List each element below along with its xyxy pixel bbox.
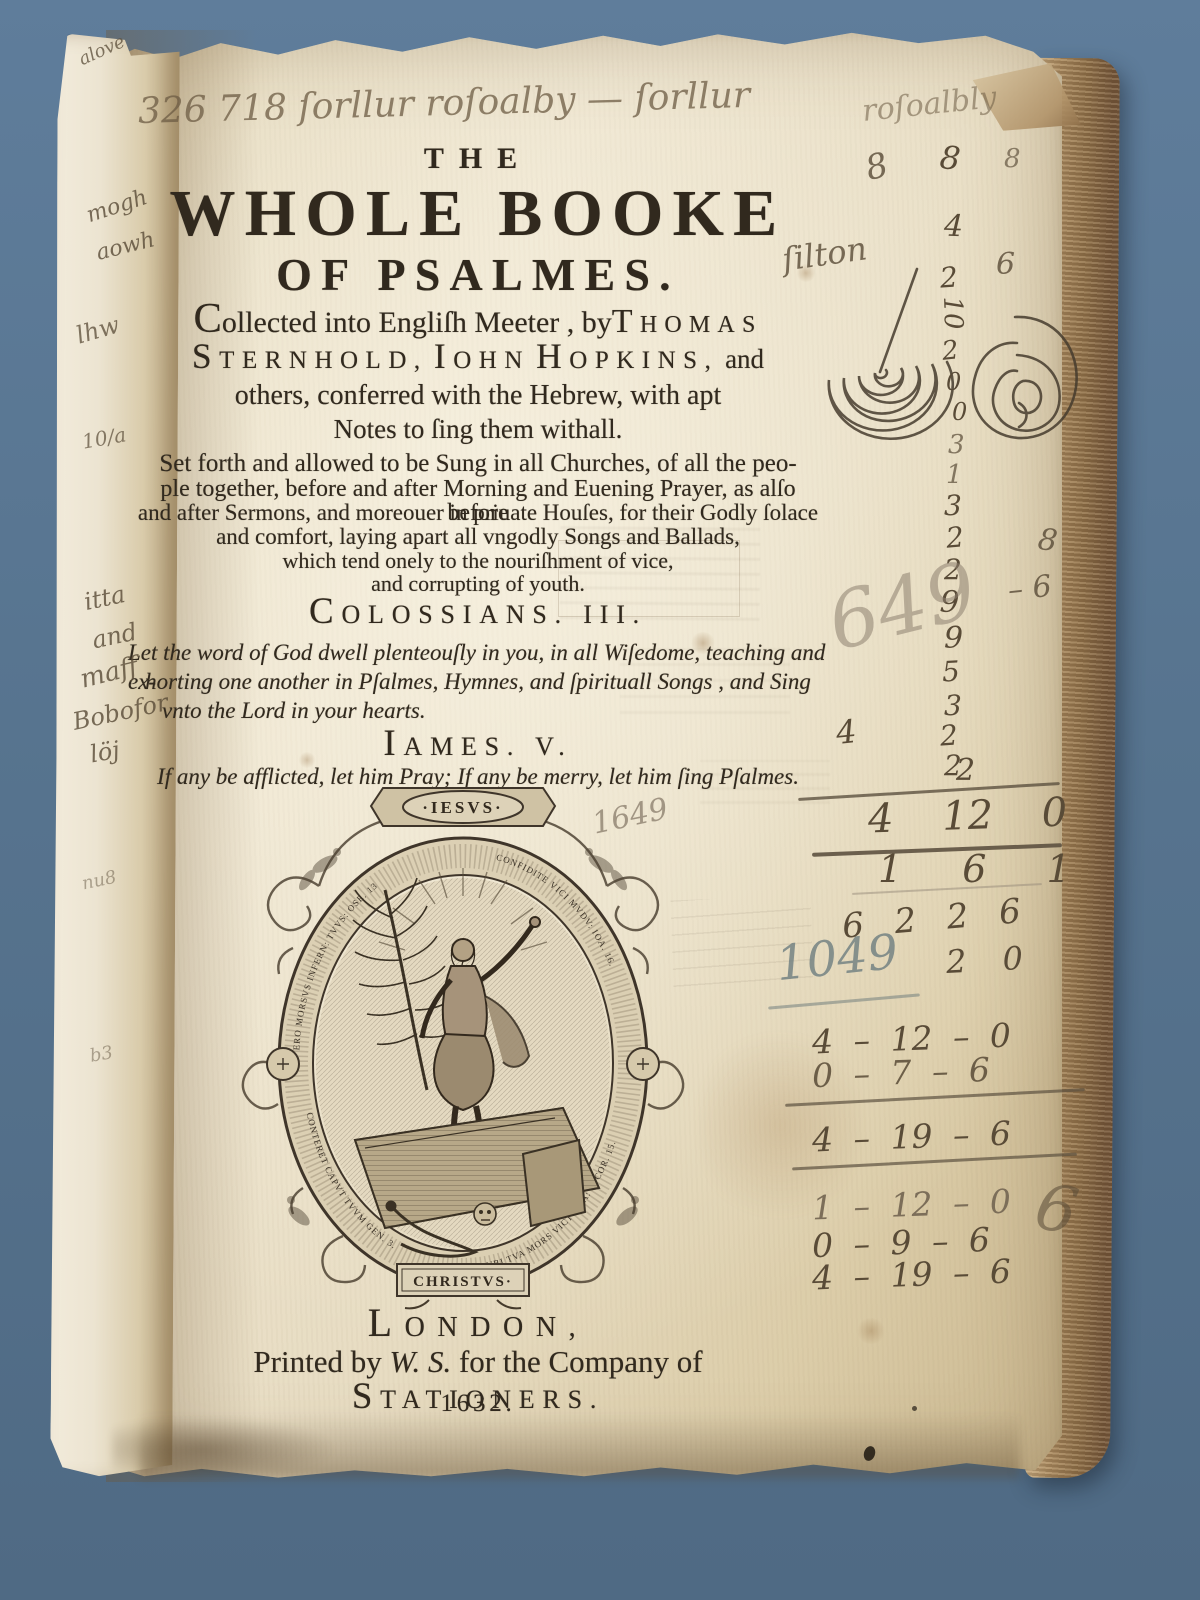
byline-line2: STERNHOLD, IOHN HOPKINS, and <box>128 344 828 375</box>
title-of-psalmes: OF PSALMES. <box>128 248 828 301</box>
skull <box>474 1203 496 1225</box>
side-digit: – 6 <box>1007 572 1054 606</box>
margin-digit: 4 <box>943 212 963 243</box>
sum-row-lower: 4 – 19 – 6 <box>811 1117 1011 1157</box>
woodcut-emblem: ERO MORSVS INFERN: TVVS: OSE. 13 CONFIDI… <box>233 768 693 1313</box>
setforth-line: and comfort, laying apart all vngodly So… <box>128 525 828 549</box>
title-the: THE <box>128 142 828 176</box>
colossians-heading: COLOSSIANS. III. <box>309 600 647 630</box>
margin-digit: 3 <box>944 692 962 720</box>
byline-collected: Collected into Engliſh Meeter , by <box>193 306 611 340</box>
margin-digit: 5 <box>941 658 960 687</box>
margin-digit: 1 <box>946 462 963 488</box>
spiral-doodles <box>765 257 1085 517</box>
colossians-quote-line: horting one another in Pſalmes, Hymnes, … <box>128 667 828 696</box>
byline-line4: Notes to ſing them withall. <box>128 414 828 445</box>
sum-row: 2 0 <box>945 942 1023 978</box>
imprint-city: LONDON, <box>368 1312 589 1344</box>
iames-heading: IAMES. V. <box>383 732 572 762</box>
spine-scribble: löj <box>88 738 121 767</box>
byline-thomas: THOMAS <box>612 312 763 339</box>
setforth-line: Set forth and allowed to be Sung in all … <box>128 452 828 476</box>
sum-row-lower: 0 – 7 – 6 <box>811 1053 990 1092</box>
christvs-cartouche: CHRISTVS· <box>397 1264 529 1308</box>
sum-row: 4 12 0 <box>867 793 1068 840</box>
fox-spot <box>856 1318 886 1344</box>
margin-digit: 2 <box>941 337 960 365</box>
margin-digit: 8 <box>938 141 962 175</box>
imprint-printed-by: Printed by <box>253 1344 389 1379</box>
margin-digit: 3 <box>948 432 965 458</box>
byline-sternhold: STERNHOLD, <box>192 347 428 375</box>
margin-digit: 10 <box>939 296 966 330</box>
setforth-line: and corrupting of youth. <box>128 572 828 596</box>
byline-and: and <box>718 344 764 374</box>
byline-hopkins: HOPKINS, <box>536 347 718 375</box>
margin-digit: 0 <box>946 370 961 394</box>
sum-row-lower: 4 – 19 – 6 <box>811 1255 1011 1295</box>
photo-of-book: alove mogh aowh lhw 10/a itta and maff B… <box>0 0 1200 1600</box>
byline-iohn: IOHN <box>434 347 530 375</box>
margin-digit: 0 <box>952 400 967 424</box>
sum-row-lower: 1 – 12 – 0 <box>811 1185 1011 1225</box>
side-digit: 4 <box>834 715 858 749</box>
imprint-year: 1632. <box>128 1390 828 1418</box>
setforth-line: which tend onely to the nouriſhment of v… <box>128 549 828 573</box>
ink-speck <box>912 1406 917 1411</box>
iesvs-cartouche: ·IESVS· <box>371 788 555 826</box>
imprint-ws: W. S. <box>389 1344 451 1379</box>
margin-digit: 3 <box>944 492 962 520</box>
colossians-quote-line: vnto the Lord in your hearts. <box>128 696 862 725</box>
byline-line1: Collected into Engliſh Meeter , by THOMA… <box>128 306 828 340</box>
margin-digit: 2 <box>939 721 959 750</box>
setforth-line: and after Sermons, and moreouer in priua… <box>128 501 828 525</box>
svg-text:CHRISTVS·: CHRISTVS· <box>413 1274 513 1290</box>
sum-top-digit: 2 <box>956 756 975 786</box>
spine-scribble: b3 <box>89 1044 115 1066</box>
side-digit: 6 <box>996 250 1015 280</box>
margin-digit: 2 <box>939 263 959 292</box>
byline-line3: others, conferred with the Hebrew, with … <box>128 380 828 412</box>
imprint-for-company: for the Company of <box>451 1344 702 1379</box>
svg-text:·IESVS·: ·IESVS· <box>422 798 503 817</box>
title-whole-booke: WHOLE BOOKE <box>128 176 828 252</box>
sum-row: 1 6 1 <box>878 850 1071 888</box>
side-digit: 8 <box>1004 146 1021 172</box>
